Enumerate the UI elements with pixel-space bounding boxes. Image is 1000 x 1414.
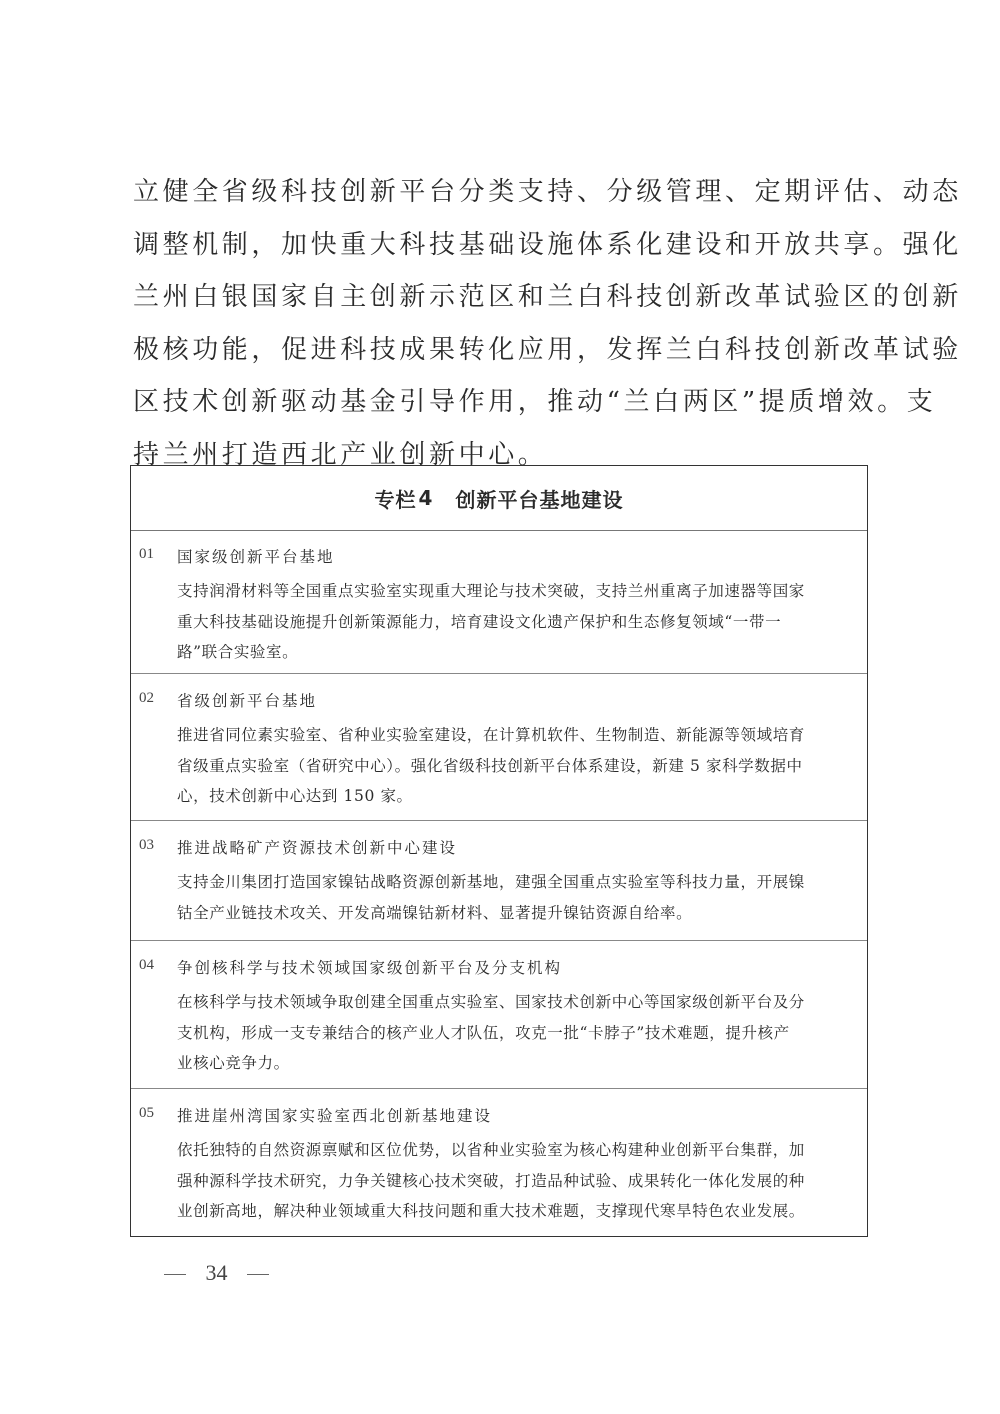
section-index: 05 [139, 1105, 154, 1122]
section-line: 钴全产业链技术攻关、开发高端镍钴新材料、显著提升镍钴资源自给率。 [177, 898, 867, 929]
box-title: 专栏 4 创新平台基地建设 [131, 466, 867, 531]
section-line: 强种源科学技术研究，力争关键核心技术突破，打造品种试验、成果转化一体化发展的种 [177, 1166, 867, 1197]
section-heading: 推进崖州湾国家实验室西北创新基地建设 [177, 1104, 492, 1126]
paragraph-line: 极核功能，促进科技成果转化应用，发挥兰白科技创新改革试验 [133, 324, 873, 377]
box-title-text: 创新平台基地建设 [455, 484, 623, 513]
section-line: 在核科学与技术领域争取创建全国重点实验室、国家技术创新中心等国家级创新平台及分 [177, 987, 867, 1018]
paragraph-line: 调整机制，加快重大科技基础设施体系化建设和开放共享。强化 [133, 219, 873, 272]
page-footer: 34 [150, 1260, 283, 1286]
box-title-prefix: 专栏 [375, 484, 417, 513]
section-index: 02 [139, 690, 154, 707]
body-paragraph: 立健全省级科技创新平台分类支持、分级管理、定期评估、动态 调整机制，加快重大科技… [133, 166, 873, 481]
box-section-01: 01 国家级创新平台基地 支持润滑材料等全国重点实验室实现重大理论与技术突破，支… [131, 530, 867, 673]
section-heading: 争创核科学与技术领域国家级创新平台及分支机构 [177, 956, 562, 978]
page-number: 34 [206, 1260, 228, 1285]
box-section-02: 02 省级创新平台基地 推进省同位素实验室、省种业实验室建设，在计算机软件、生物… [131, 673, 867, 821]
paragraph-line: 区技术创新驱动基金引导作用，推动“兰白两区”提质增效。支 [133, 376, 873, 429]
footer-dash-right [247, 1274, 269, 1275]
section-line: 依托独特的自然资源禀赋和区位优势，以省种业实验室为核心构建种业创新平台集群，加 [177, 1135, 867, 1166]
footer-dash-left [164, 1274, 186, 1275]
section-body: 推进省同位素实验室、省种业实验室建设，在计算机软件、生物制造、新能源等领域培育 … [177, 720, 867, 812]
section-line: 支持润滑材料等全国重点实验室实现重大理论与技术突破，支持兰州重离子加速器等国家 [177, 576, 867, 607]
paragraph-line: 兰州白银国家自主创新示范区和兰白科技创新改革试验区的创新 [133, 271, 873, 324]
section-body: 支持润滑材料等全国重点实验室实现重大理论与技术突破，支持兰州重离子加速器等国家 … [177, 576, 867, 668]
section-line: 省级重点实验室（省研究中心）。强化省级科技创新平台体系建设，新建 5 家科学数据… [177, 751, 867, 782]
section-line: 支机构，形成一支专兼结合的核产业人才队伍，攻克一批“卡脖子”技术难题，提升核产 [177, 1018, 867, 1049]
section-index: 03 [139, 837, 154, 854]
section-line: 业核心竞争力。 [177, 1048, 867, 1079]
section-body: 支持金川集团打造国家镍钴战略资源创新基地，建强全国重点实验室等科技力量，开展镍 … [177, 867, 867, 928]
box-section-03: 03 推进战略矿产资源技术创新中心建设 支持金川集团打造国家镍钴战略资源创新基地… [131, 820, 867, 941]
box-section-04: 04 争创核科学与技术领域国家级创新平台及分支机构 在核科学与技术领域争取创建全… [131, 940, 867, 1089]
section-index: 04 [139, 957, 154, 974]
section-heading: 省级创新平台基地 [177, 689, 317, 711]
section-body: 依托独特的自然资源禀赋和区位优势，以省种业实验室为核心构建种业创新平台集群，加 … [177, 1135, 867, 1227]
box-title-number: 4 [419, 486, 434, 510]
section-line: 支持金川集团打造国家镍钴战略资源创新基地，建强全国重点实验室等科技力量，开展镍 [177, 867, 867, 898]
section-heading: 推进战略矿产资源技术创新中心建设 [177, 836, 457, 858]
box-section-05: 05 推进崖州湾国家实验室西北创新基地建设 依托独特的自然资源禀赋和区位优势，以… [131, 1088, 867, 1237]
column-box: 专栏 4 创新平台基地建设 01 国家级创新平台基地 支持润滑材料等全国重点实验… [130, 465, 868, 1237]
section-line: 心，技术创新中心达到 150 家。 [177, 781, 867, 812]
section-line: 路”联合实验室。 [177, 637, 867, 668]
section-heading: 国家级创新平台基地 [177, 545, 335, 567]
section-body: 在核科学与技术领域争取创建全国重点实验室、国家技术创新中心等国家级创新平台及分 … [177, 987, 867, 1079]
paragraph-line: 立健全省级科技创新平台分类支持、分级管理、定期评估、动态 [133, 166, 873, 219]
section-line: 推进省同位素实验室、省种业实验室建设，在计算机软件、生物制造、新能源等领域培育 [177, 720, 867, 751]
section-line: 重大科技基础设施提升创新策源能力，培育建设文化遗产保护和生态修复领域“一带一 [177, 607, 867, 638]
section-index: 01 [139, 546, 154, 563]
section-line: 业创新高地，解决种业领域重大科技问题和重大技术难题，支撑现代寒旱特色农业发展。 [177, 1196, 867, 1227]
